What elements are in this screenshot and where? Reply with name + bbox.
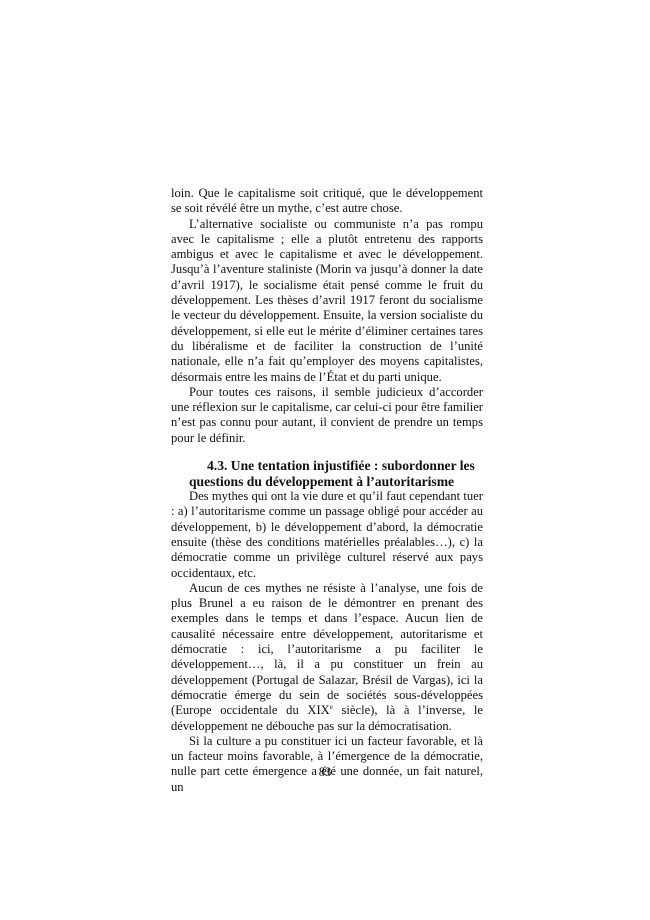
paragraph-1: loin. Que le capitalisme soit critiqué, … bbox=[171, 186, 483, 217]
page-body: loin. Que le capitalisme soit critiqué, … bbox=[171, 186, 483, 795]
paragraph-2: L’alternative socialiste ou communiste n… bbox=[171, 217, 483, 385]
section-heading: 4.3. Une tentation injustifiée : subordo… bbox=[171, 458, 483, 489]
section-heading-line2: questions du développement à l’autoritar… bbox=[189, 474, 483, 490]
page-number: 83 bbox=[0, 765, 650, 780]
paragraph-5: Aucun de ces mythes ne résiste à l’analy… bbox=[171, 581, 483, 734]
paragraph-5-text-a: Aucun de ces mythes ne résiste à l’analy… bbox=[171, 581, 483, 717]
paragraph-4: Des mythes qui ont la vie dure et qu’il … bbox=[171, 489, 483, 581]
paragraph-3: Pour toutes ces raisons, il semble judic… bbox=[171, 385, 483, 446]
section-heading-line1: 4.3. Une tentation injustifiée : subordo… bbox=[207, 458, 475, 473]
